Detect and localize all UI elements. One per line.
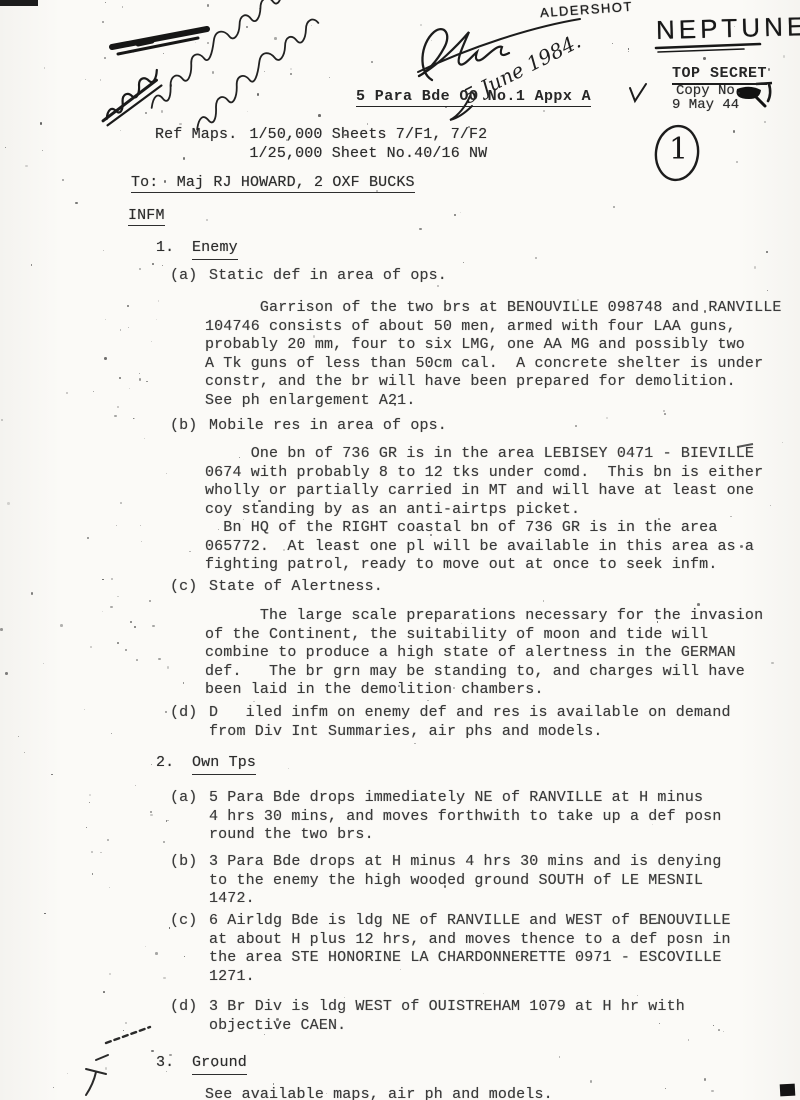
- item-2c: (c) 6 Airldg Bde is ldg NE of RANVILLE a…: [170, 912, 731, 986]
- title-tick-mark: [630, 84, 646, 101]
- section-number: 1.: [156, 239, 192, 260]
- item-marker: (b): [170, 417, 200, 436]
- ref-maps-label: Ref Maps.: [155, 126, 237, 163]
- item-1a-heading: (a) Static def in area of ops.: [170, 267, 447, 286]
- item-text: 5 Para Bde drops immediately NE of RANVI…: [209, 789, 721, 845]
- section-number: 3.: [156, 1054, 192, 1075]
- item-head: Static def in area of ops.: [209, 267, 447, 286]
- handwritten-scribble-line1: [126, 0, 330, 108]
- crossout-scribble: [112, 29, 207, 54]
- document-date: 9 May 44: [672, 97, 739, 113]
- item-marker: (d): [170, 998, 200, 1035]
- item-1b-paragraph: One bn of 736 GR is in the area LEBISEY …: [205, 445, 763, 575]
- infm-heading: INFM: [128, 207, 165, 226]
- item-2b: (b) 3 Para Bde drops at H minus 4 hrs 30…: [170, 853, 721, 909]
- item-text: 3 Br Div is ldg WEST of OUISTREHAM 1079 …: [209, 998, 685, 1035]
- margin-pencil-marks: [86, 1027, 150, 1095]
- ref-maps: Ref Maps. 1/50,000 Sheets 7/F1, 7/F2 1/2…: [155, 126, 487, 163]
- item-text: 6 Airldg Bde is ldg NE of RANVILLE and W…: [209, 912, 731, 986]
- item-head: Mobile res in area of ops.: [209, 417, 447, 436]
- document-page: 5 June 1984. ALDERSHOT NEPTUNE T: [0, 0, 800, 1100]
- classification-stamp: TOP SECRET: [672, 65, 767, 85]
- crossout-word: [94, 70, 170, 126]
- item-text: 3 Para Bde drops at H minus 4 hrs 30 min…: [209, 853, 721, 909]
- codeword: NEPTUNE: [656, 11, 800, 46]
- item-1d: (d) D iled infm on enemy def and res is …: [170, 704, 731, 741]
- item-1b-heading: (b) Mobile res in area of ops.: [170, 417, 447, 436]
- section-number: 2.: [156, 754, 192, 775]
- item-marker: (c): [170, 578, 200, 597]
- section-title: Own Tps: [192, 754, 256, 775]
- item-marker: (b): [170, 853, 200, 909]
- item-text: D iled infm on enemy def and res is avai…: [209, 704, 731, 741]
- ref-maps-values: 1/50,000 Sheets 7/F1, 7/F2 1/25,000 Shee…: [249, 126, 487, 163]
- item-marker: (a): [170, 789, 200, 845]
- item-1c-paragraph: The large scale preparations necessary f…: [205, 607, 763, 700]
- section-title: Ground: [192, 1054, 247, 1075]
- section-3-text: See available maps, air ph and models.: [205, 1086, 553, 1100]
- item-1a-paragraph: Garrison of the two brs at BENOUVILLE 09…: [205, 299, 782, 410]
- item-2d: (d) 3 Br Div is ldg WEST of OUISTREHAM 1…: [170, 998, 685, 1035]
- handwritten-scribble-line2: [175, 18, 338, 130]
- scan-corner-mark: [780, 1084, 796, 1097]
- item-2a: (a) 5 Para Bde drops immediately NE of R…: [170, 789, 721, 845]
- section-title: Enemy: [192, 239, 238, 260]
- item-head: State of Alertness.: [209, 578, 383, 597]
- item-marker: (d): [170, 704, 200, 741]
- addressee-line: To: Maj RJ HOWARD, 2 OXF BUCKS: [131, 174, 415, 193]
- item-marker: (a): [170, 267, 200, 286]
- section-1-heading: 1. Enemy: [156, 239, 238, 260]
- document-title: 5 Para Bde OO No.1 Appx A: [356, 88, 591, 107]
- page-number: 1: [669, 132, 688, 167]
- section-2-heading: 2. Own Tps: [156, 754, 256, 775]
- handwritten-location: ALDERSHOT: [540, 0, 634, 20]
- item-1c-heading: (c) State of Alertness.: [170, 578, 383, 597]
- item-marker: (c): [170, 912, 200, 986]
- scan-edge-mark: [0, 0, 38, 6]
- section-3-heading: 3. Ground: [156, 1054, 247, 1075]
